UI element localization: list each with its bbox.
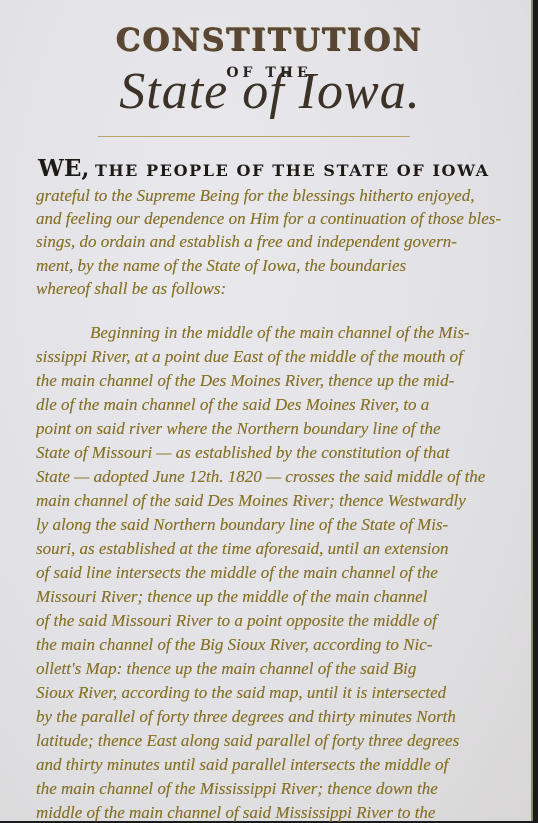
boundary-line: sissippi River, at a point due East of t… bbox=[36, 347, 530, 367]
preamble-line: whereof shall be as follows: bbox=[36, 279, 530, 299]
boundary-line: ollett's Map: thence up the main channel… bbox=[36, 659, 530, 679]
boundary-line: dle of the main channel of the said Des … bbox=[36, 395, 530, 415]
preamble-heading: WE, THE PEOPLE OF THE STATE OF IOWA bbox=[38, 155, 490, 182]
preamble-line: grateful to the Supreme Being for the bl… bbox=[36, 186, 530, 206]
boundary-line: ly along the said Northern boundary line… bbox=[36, 515, 530, 535]
boundary-line: souri, as established at the time afores… bbox=[36, 539, 530, 559]
title-divider bbox=[98, 136, 410, 137]
boundary-line: main channel of the said Des Moines Rive… bbox=[36, 491, 530, 511]
document-title: CONSTITUTION bbox=[0, 22, 538, 58]
boundary-line: of said line intersects the middle of th… bbox=[36, 563, 530, 583]
boundary-line: State — adopted June 12th. 1820 — crosse… bbox=[36, 467, 530, 487]
boundary-line: State of Missouri — as established by th… bbox=[36, 443, 530, 463]
boundary-line: Missouri River; thence up the middle of … bbox=[36, 587, 530, 607]
of-the-label: OF THE bbox=[0, 65, 538, 81]
boundary-line: by the parallel of forty three degrees a… bbox=[36, 707, 530, 727]
boundary-line: of the said Missouri River to a point op… bbox=[36, 611, 530, 631]
preamble-line: ment, by the name of the State of Iowa, … bbox=[36, 256, 530, 276]
preamble-line: sings, do ordain and establish a free an… bbox=[36, 232, 530, 252]
preamble-people: THE PEOPLE OF THE STATE OF IOWA bbox=[95, 161, 490, 180]
preamble-line: and feeling our dependence on Him for a … bbox=[36, 209, 530, 229]
boundary-line: point on said river where the Northern b… bbox=[36, 419, 530, 439]
boundary-line: and thirty minutes until said parallel i… bbox=[36, 755, 530, 775]
boundary-line: the main channel of the Mississippi Rive… bbox=[36, 779, 530, 799]
document-page: CONSTITUTION State of Iowa. OF THE WE, T… bbox=[0, 0, 533, 821]
boundary-line: the main channel of the Des Moines River… bbox=[36, 371, 530, 391]
boundary-line: latitude; thence East along said paralle… bbox=[36, 731, 530, 751]
boundary-line: the main channel of the Big Sioux River,… bbox=[36, 635, 530, 655]
boundary-line: Beginning in the middle of the main chan… bbox=[90, 323, 530, 343]
preamble-we: WE, bbox=[38, 155, 89, 182]
boundary-line: Sioux River, according to the said map, … bbox=[36, 683, 530, 703]
boundary-line: middle of the main channel of said Missi… bbox=[36, 803, 530, 823]
